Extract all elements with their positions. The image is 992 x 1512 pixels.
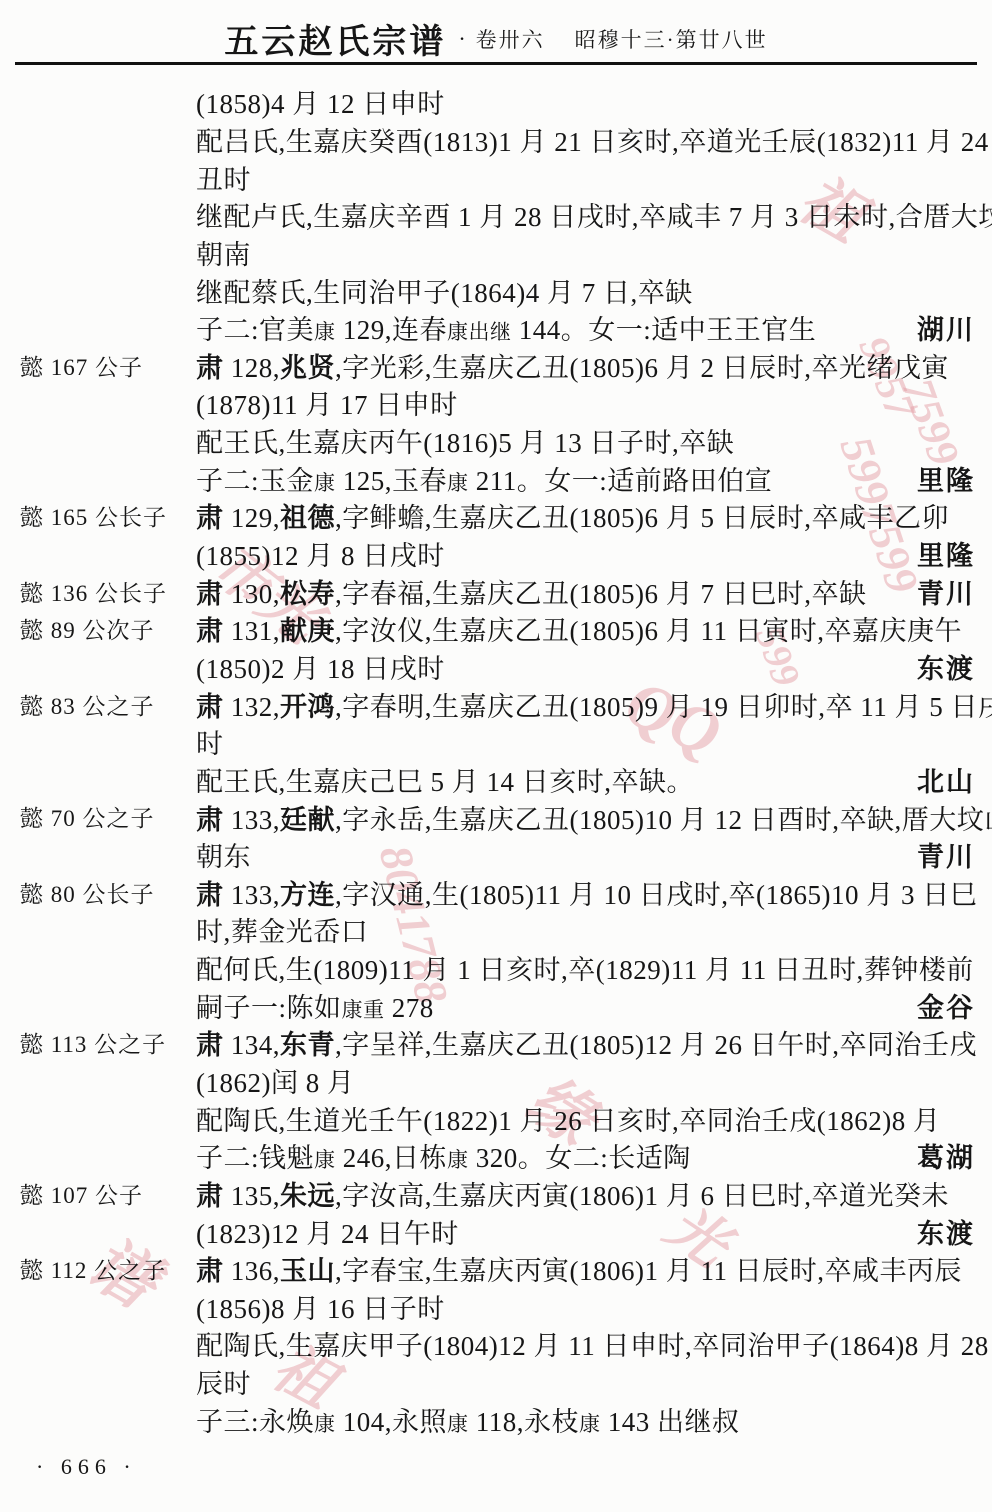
entry-text: 嗣子一:陈如康重 278 (196, 986, 434, 1025)
lineage-margin-label: 懿 136 公长子 (20, 572, 167, 610)
entry-text: 丑时 (196, 158, 251, 197)
entry-row: (1858)4 月 12 日申时 (0, 83, 992, 121)
lineage-margin-label: 懿 70 公之子 (20, 798, 155, 836)
title-separator-dot: · (458, 26, 465, 52)
location-label: 青川 (917, 836, 975, 874)
text-segment: 133, (224, 880, 281, 910)
genealogy-page: 五云赵氏宗谱 · 卷卅六 昭穆十三·第廿八世 (1858)4 月 12 日申时配… (0, 0, 992, 1512)
entry-text: 配吕氏,生嘉庆癸酉(1813)1 月 21 日亥时,卒道光壬辰(1832)11 … (196, 120, 992, 159)
text-segment: 132, (224, 692, 281, 722)
text-segment: 子三:永焕 (196, 1407, 314, 1437)
entry-row: 懿 107 公子肃 135,朱远,字汝高,生嘉庆丙寅(1806)1 月 6 日巳… (0, 1175, 992, 1213)
entry-row: (1823)12 月 24 日午时东渡 (0, 1212, 992, 1250)
text-segment: 康重 (342, 998, 385, 1022)
text-segment: 133, (224, 805, 281, 835)
location-label: 东渡 (917, 648, 975, 686)
text-segment: 肃 (196, 503, 224, 533)
text-segment: 康 (579, 1412, 601, 1436)
text-segment: ,字汝高,生嘉庆丙寅(1806)1 月 6 日巳时,卒道光癸未 (335, 1181, 949, 1211)
entry-text: 配陶氏,生道光壬午(1822)1 月 26 日亥时,卒同治壬戌(1862)8 月 (196, 1099, 940, 1138)
entry-text: 肃 130,松寿,字春福,生嘉庆乙丑(1805)6 月 7 日巳时,卒缺 (196, 572, 866, 611)
entry-row: (1855)12 月 8 日戌时里隆 (0, 535, 992, 573)
entry-row: 子二:钱魁康 246,日栋康 320。女二:长适陶葛湖 (0, 1137, 992, 1175)
entry-row: 配王氏,生嘉庆丙午(1816)5 月 13 日子时,卒缺 (0, 422, 992, 460)
entry-text: 配王氏,生嘉庆丙午(1816)5 月 13 日子时,卒缺 (196, 421, 734, 460)
text-segment: 朝东 (196, 842, 251, 872)
lineage-margin-label: 懿 89 公次子 (20, 610, 155, 648)
entry-row: 辰时 (0, 1363, 992, 1401)
entry-text: 肃 135,朱远,字汝高,生嘉庆丙寅(1806)1 月 6 日巳时,卒道光癸未 (196, 1174, 949, 1213)
entry-row: 懿 112 公之子肃 136,玉山,字春宝,生嘉庆丙寅(1806)1 月 11 … (0, 1250, 992, 1288)
text-segment: 朝南 (196, 240, 251, 270)
text-segment: ,字汝仪,生嘉庆乙丑(1805)6 月 11 日寅时,卒嘉庆庚午 (335, 616, 962, 646)
entry-text: 子二:玉金康 125,玉春康 211。女一:适前路田伯宣 (196, 459, 772, 498)
text-segment: 松寿 (280, 579, 335, 609)
entry-row: 继配蔡氏,生同治甲子(1864)4 月 7 日,卒缺 (0, 271, 992, 309)
entry-row: 配陶氏,生嘉庆甲子(1804)12 月 11 日申时,卒同治甲子(1864)8 … (0, 1325, 992, 1363)
text-segment: 康 (447, 1412, 469, 1436)
text-segment: 136, (224, 1256, 281, 1286)
text-segment: 兆贤 (280, 353, 335, 383)
entry-row: 配陶氏,生道光壬午(1822)1 月 26 日亥时,卒同治壬戌(1862)8 月 (0, 1099, 992, 1137)
lineage-margin-label: 懿 165 公长子 (20, 497, 167, 535)
entry-text: 继配蔡氏,生同治甲子(1864)4 月 7 日,卒缺 (196, 271, 693, 310)
text-segment: 方连 (280, 880, 335, 910)
entry-row: 懿 80 公长子肃 133,方连,字汉通,生(1805)11 月 10 日戌时,… (0, 873, 992, 911)
location-label: 青川 (917, 572, 975, 610)
text-segment: 配陶氏,生道光壬午(1822)1 月 26 日亥时,卒同治壬戌(1862)8 月 (196, 1106, 940, 1136)
entry-row: 子二:官美康 129,连春康出继 144。女一:适中王王官生湖川 (0, 309, 992, 347)
text-segment: 开鸿 (280, 692, 335, 722)
entry-text: (1855)12 月 8 日戌时 (196, 534, 445, 573)
text-segment: 211。女一:适前路田伯宣 (469, 466, 773, 496)
text-segment: (1862)闰 8 月 (196, 1068, 354, 1098)
entry-text: 肃 133,廷献,字永岳,生嘉庆乙丑(1805)10 月 12 日酉时,卒缺,厝… (196, 798, 992, 837)
text-segment: 康 (314, 1148, 336, 1172)
location-label: 金谷 (917, 986, 975, 1024)
text-segment: ,字鲱蟾,生嘉庆乙丑(1805)6 月 5 日辰时,卒咸丰乙卯 (335, 503, 949, 533)
text-segment: 128, (224, 353, 281, 383)
entry-text: (1850)2 月 18 日戌时 (196, 647, 445, 686)
text-segment: 246,日栋 (336, 1143, 448, 1173)
text-segment: 配何氏,生(1809)11 月 1 日亥时,卒(1829)11 月 11 日丑时… (196, 955, 974, 985)
entry-text: 朝南 (196, 233, 251, 272)
entry-text: 子二:钱魁康 246,日栋康 320。女二:长适陶 (196, 1136, 691, 1175)
text-segment: 时,葬金光岙口 (196, 917, 368, 947)
header-rule (15, 62, 977, 65)
page-header: 五云赵氏宗谱 · 卷卅六 昭穆十三·第廿八世 (0, 14, 992, 63)
text-segment: ,字春福,生嘉庆乙丑(1805)6 月 7 日巳时,卒缺 (335, 579, 866, 609)
entry-text: 朝东 (196, 835, 251, 874)
text-segment: 廷献 (280, 805, 335, 835)
entry-row: 时 (0, 723, 992, 761)
text-segment: 玉山 (280, 1256, 335, 1286)
text-segment: 肃 (196, 1181, 224, 1211)
text-segment: 康 (447, 1148, 469, 1172)
entry-text: 肃 136,玉山,字春宝,生嘉庆丙寅(1806)1 月 11 日辰时,卒咸丰丙辰 (196, 1249, 962, 1288)
text-segment: 子二:钱魁 (196, 1143, 314, 1173)
text-segment: 康 (447, 471, 469, 495)
text-segment: 祖德 (280, 503, 335, 533)
text-segment: (1858)4 月 12 日申时 (196, 89, 445, 119)
lineage-margin-label: 懿 167 公子 (20, 346, 143, 384)
text-segment: 130, (224, 579, 281, 609)
entry-row: 时,葬金光岙口 (0, 911, 992, 949)
text-segment: ,字汉通,生(1805)11 月 10 日戌时,卒(1865)10 月 3 日巳 (335, 880, 977, 910)
text-segment: 配王氏,生嘉庆己巳 5 月 14 日亥时,卒缺。 (196, 767, 694, 797)
entry-row: (1878)11 月 17 日申时 (0, 384, 992, 422)
entry-text: (1856)8 月 16 日子时 (196, 1287, 445, 1326)
entry-row: 懿 89 公次子肃 131,献庚,字汝仪,生嘉庆乙丑(1805)6 月 11 日… (0, 610, 992, 648)
text-segment: 献庚 (280, 616, 335, 646)
entry-text: 辰时 (196, 1362, 251, 1401)
text-segment: ,字春明,生嘉庆乙丑(1805)9 月 19 日卯时,卒 11 月 5 日戌 (335, 692, 992, 722)
entry-text: 配陶氏,生嘉庆甲子(1804)12 月 11 日申时,卒同治甲子(1864)8 … (196, 1324, 992, 1363)
entry-row: 懿 167 公子肃 128,兆贤,字光彩,生嘉庆乙丑(1805)6 月 2 日辰… (0, 346, 992, 384)
genealogy-rows: (1858)4 月 12 日申时配吕氏,生嘉庆癸酉(1813)1 月 21 日亥… (0, 83, 992, 1438)
text-segment: 肃 (196, 579, 224, 609)
text-segment: 125,玉春 (336, 466, 448, 496)
text-segment: 118,永枝 (469, 1407, 580, 1437)
lineage-margin-label: 懿 113 公之子 (20, 1024, 166, 1062)
text-segment: 肃 (196, 805, 224, 835)
entry-text: 子三:永焕康 104,永照康 118,永枝康 143 出继叔 (196, 1400, 740, 1439)
section-label: 昭穆十三·第廿八世 (575, 24, 768, 54)
text-segment: 144。女一:适中王王官生 (512, 315, 817, 345)
text-segment: 320。女二:长适陶 (469, 1143, 691, 1173)
lineage-margin-label: 懿 107 公子 (20, 1175, 143, 1213)
location-label: 里隆 (917, 459, 975, 497)
entry-row: 配王氏,生嘉庆己巳 5 月 14 日亥时,卒缺。北山 (0, 761, 992, 799)
entry-text: 配何氏,生(1809)11 月 1 日亥时,卒(1829)11 月 11 日丑时… (196, 948, 974, 987)
text-segment: 继配蔡氏,生同治甲子(1864)4 月 7 日,卒缺 (196, 278, 693, 308)
lineage-margin-label: 懿 80 公长子 (20, 873, 155, 911)
text-segment: (1878)11 月 17 日申时 (196, 390, 458, 420)
text-segment: 配王氏,生嘉庆丙午(1816)5 月 13 日子时,卒缺 (196, 428, 734, 458)
entry-row: 懿 83 公之子肃 132,开鸿,字春明,生嘉庆乙丑(1805)9 月 19 日… (0, 685, 992, 723)
text-segment: 嗣子一:陈如 (196, 993, 342, 1023)
text-segment: 配吕氏,生嘉庆癸酉(1813)1 月 21 日亥时,卒道光壬辰(1832)11 … (196, 127, 992, 157)
text-segment: 肃 (196, 880, 224, 910)
location-label: 里隆 (917, 535, 975, 573)
text-segment: 肃 (196, 1030, 224, 1060)
text-segment: 康 (314, 320, 336, 344)
text-segment: 康 (314, 1412, 336, 1436)
entry-row: 懿 136 公长子肃 130,松寿,字春福,生嘉庆乙丑(1805)6 月 7 日… (0, 572, 992, 610)
text-segment: 配陶氏,生嘉庆甲子(1804)12 月 11 日申时,卒同治甲子(1864)8 … (196, 1331, 992, 1361)
location-label: 北山 (917, 761, 975, 799)
entry-text: 肃 132,开鸿,字春明,生嘉庆乙丑(1805)9 月 19 日卯时,卒 11 … (196, 685, 992, 724)
entry-row: (1850)2 月 18 日戌时东渡 (0, 648, 992, 686)
text-segment: ,字永岳,生嘉庆乙丑(1805)10 月 12 日酉时,卒缺,厝大坟山 (335, 805, 992, 835)
text-segment: ,字春宝,生嘉庆丙寅(1806)1 月 11 日辰时,卒咸丰丙辰 (335, 1256, 962, 1286)
entry-row: (1862)闰 8 月 (0, 1062, 992, 1100)
text-segment: ,字光彩,生嘉庆乙丑(1805)6 月 2 日辰时,卒光绪戊寅 (335, 353, 949, 383)
entry-row: 配吕氏,生嘉庆癸酉(1813)1 月 21 日亥时,卒道光壬辰(1832)11 … (0, 121, 992, 159)
text-segment: 朱远 (280, 1181, 335, 1211)
entry-text: 子二:官美康 129,连春康出继 144。女一:适中王王官生 (196, 308, 816, 347)
entry-text: 配王氏,生嘉庆己巳 5 月 14 日亥时,卒缺。 (196, 760, 694, 799)
entry-row: 嗣子一:陈如康重 278金谷 (0, 986, 992, 1024)
text-segment: 康 (314, 471, 336, 495)
location-label: 葛湖 (917, 1137, 975, 1175)
text-segment: 辰时 (196, 1369, 251, 1399)
entry-text: 肃 134,东青,字呈祥,生嘉庆乙丑(1805)12 月 26 日午时,卒同治壬… (196, 1023, 977, 1062)
text-segment: 肃 (196, 1256, 224, 1286)
book-title: 五云赵氏宗谱 (224, 14, 446, 63)
volume-label: 卷卅六 (476, 24, 545, 54)
text-segment: 继配卢氏,生嘉庆辛酉 1 月 28 日戌时,卒咸丰 7 月 3 日未时,合厝大坟… (196, 202, 992, 232)
text-segment: 104,永照 (336, 1407, 448, 1437)
page-number: · 666 · (36, 1454, 137, 1480)
entry-text: 肃 131,献庚,字汝仪,生嘉庆乙丑(1805)6 月 11 日寅时,卒嘉庆庚午 (196, 609, 962, 648)
entry-text: 继配卢氏,生嘉庆辛酉 1 月 28 日戌时,卒咸丰 7 月 3 日未时,合厝大坟… (196, 195, 992, 234)
text-segment: 278 (385, 993, 434, 1023)
entry-text: (1858)4 月 12 日申时 (196, 82, 445, 121)
lineage-margin-label: 懿 112 公之子 (20, 1250, 166, 1288)
text-segment: 135, (224, 1181, 281, 1211)
text-segment: 129,连春 (336, 315, 448, 345)
text-segment: (1856)8 月 16 日子时 (196, 1294, 445, 1324)
text-segment: 肃 (196, 353, 224, 383)
entry-text: 肃 129,祖德,字鲱蟾,生嘉庆乙丑(1805)6 月 5 日辰时,卒咸丰乙卯 (196, 496, 949, 535)
lineage-margin-label: 懿 83 公之子 (20, 685, 155, 723)
entry-row: 朝东青川 (0, 836, 992, 874)
text-segment: 134, (224, 1030, 281, 1060)
entry-text: 时,葬金光岙口 (196, 910, 368, 949)
location-label: 湖川 (917, 309, 975, 347)
entry-row: 继配卢氏,生嘉庆辛酉 1 月 28 日戌时,卒咸丰 7 月 3 日未时,合厝大坟… (0, 196, 992, 234)
entry-text: (1862)闰 8 月 (196, 1061, 354, 1100)
text-segment: 时 (196, 729, 224, 759)
text-segment: 肃 (196, 692, 224, 722)
entry-row: 懿 165 公长子肃 129,祖德,字鲱蟾,生嘉庆乙丑(1805)6 月 5 日… (0, 497, 992, 535)
entry-row: 懿 113 公之子肃 134,东青,字呈祥,生嘉庆乙丑(1805)12 月 26… (0, 1024, 992, 1062)
text-segment: (1850)2 月 18 日戌时 (196, 654, 445, 684)
entry-row: 子三:永焕康 104,永照康 118,永枝康 143 出继叔 (0, 1400, 992, 1438)
entry-text: 时 (196, 722, 224, 761)
entry-row: 朝南 (0, 234, 992, 272)
entry-text: 肃 128,兆贤,字光彩,生嘉庆乙丑(1805)6 月 2 日辰时,卒光绪戊寅 (196, 346, 949, 385)
text-segment: 143 出继叔 (601, 1407, 740, 1437)
entry-row: 子二:玉金康 125,玉春康 211。女一:适前路田伯宣里隆 (0, 459, 992, 497)
text-segment: 丑时 (196, 165, 251, 195)
text-segment: 东青 (280, 1030, 335, 1060)
text-segment: 肃 (196, 616, 224, 646)
entry-text: (1878)11 月 17 日申时 (196, 383, 458, 422)
text-segment: (1823)12 月 24 日午时 (196, 1219, 459, 1249)
location-label: 东渡 (917, 1212, 975, 1250)
entry-text: (1823)12 月 24 日午时 (196, 1212, 459, 1251)
entry-text: 肃 133,方连,字汉通,生(1805)11 月 10 日戌时,卒(1865)1… (196, 873, 977, 912)
text-segment: ,字呈祥,生嘉庆乙丑(1805)12 月 26 日午时,卒同治壬戌 (335, 1030, 977, 1060)
entry-row: 丑时 (0, 158, 992, 196)
entry-row: 懿 70 公之子肃 133,廷献,字永岳,生嘉庆乙丑(1805)10 月 12 … (0, 798, 992, 836)
text-segment: 子二:玉金 (196, 466, 314, 496)
text-segment: 131, (224, 616, 281, 646)
entry-row: 配何氏,生(1809)11 月 1 日亥时,卒(1829)11 月 11 日丑时… (0, 949, 992, 987)
text-segment: 康出继 (447, 320, 512, 344)
entry-row: (1856)8 月 16 日子时 (0, 1288, 992, 1326)
text-segment: 129, (224, 503, 281, 533)
text-segment: 子二:官美 (196, 315, 314, 345)
text-segment: (1855)12 月 8 日戌时 (196, 541, 445, 571)
